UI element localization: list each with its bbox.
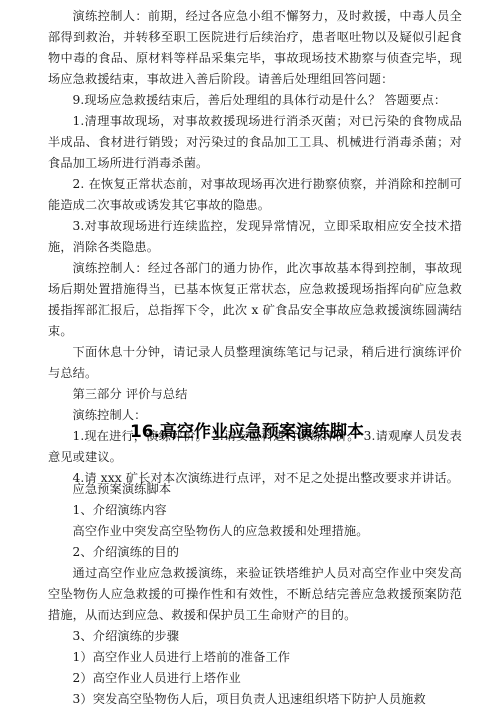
heading-drill-steps: 3、介绍演练的步骤	[48, 626, 462, 647]
paragraph-drill-content: 高空作业中突发高空坠物伤人的应急救援和处理措施。	[48, 521, 462, 542]
paragraph-script-label: 应急预案演练脚本	[48, 479, 462, 500]
list-item-step-1: 1）高空作业人员进行上塔前的准备工作	[48, 647, 462, 668]
document-title: 16.高空作业应急预案演练脚本	[0, 420, 494, 444]
paragraph-drill-purpose: 通过高空作业应急救援演练，来验证铁塔维护人员对高空作业中突发高空坠物伤人应急救援…	[48, 563, 462, 626]
paragraph-controller-conclusion: 演练控制人：经过各部门的通力协作，此次事故基本得到控制，事故现场后期处置措施得当…	[48, 258, 462, 342]
list-item-step-2: 2）高空作业人员进行上塔作业	[48, 668, 462, 689]
paragraph-break-notice: 下面休息十分钟，请记录人员整理演练笔记与记录，稍后进行演练评价与总结。	[48, 342, 462, 384]
paragraph-controller-aftermath: 演练控制人：前期，经过各应急小组不懈努力，及时救援，中毒人员全部得到救治，并转移…	[48, 6, 462, 90]
paragraph-question-9: 9.现场应急救援结束后，善后处理组的具体行动是什么？ 答题要点：	[48, 90, 462, 111]
paragraph-answer-1: 1.清理事故现场，对事故救援现场进行消杀灭菌；对已污染的食物成品半成品、食材进行…	[48, 111, 462, 174]
paragraph-answer-3: 3.对事故现场进行连续监控，发现异常情况，立即采取相应安全技术措施，消除各类隐患…	[48, 216, 462, 258]
list-item-step-3: 3）突发高空坠物伤人后，项目负责人迅速组织塔下防护人员施救	[48, 689, 462, 710]
heading-drill-content: 1、介绍演练内容	[48, 500, 462, 521]
paragraph-answer-2: 2. 在恢复正常状态前，对事故现场再次进行勘察侦察，并消除和控制可能造成二次事故…	[48, 174, 462, 216]
heading-drill-purpose: 2、介绍演练的目的	[48, 542, 462, 563]
document-section-high-altitude-drill: 应急预案演练脚本 1、介绍演练内容 高空作业中突发高空坠物伤人的应急救援和处理措…	[48, 479, 462, 710]
heading-part-three: 第三部分 评价与总结	[48, 384, 462, 405]
document-section-food-safety-drill: 演练控制人：前期，经过各应急小组不懈努力，及时救援，中毒人员全部得到救治，并转移…	[48, 6, 462, 489]
